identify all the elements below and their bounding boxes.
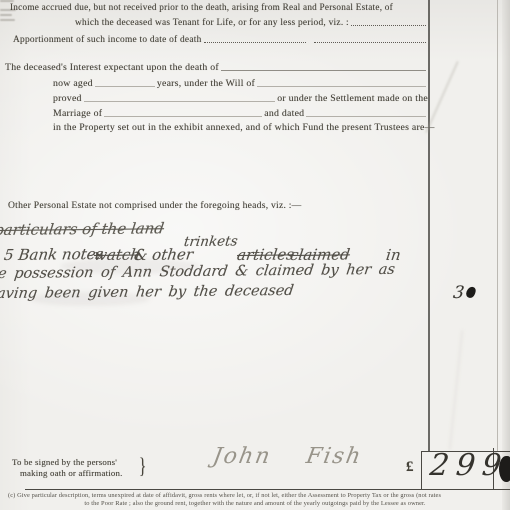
blank-rule (221, 69, 426, 71)
pound-sign: £ (406, 459, 414, 476)
other-personal-estate-line: Other Personal Estate not comprised unde… (8, 200, 302, 211)
now-aged-text: now aged (53, 78, 93, 89)
handwritten-struck-line: particulars of the land (0, 219, 165, 239)
proved-text: proved (53, 93, 82, 104)
hw-struck-claimed: claimed (289, 245, 351, 264)
ink-blot (464, 286, 477, 299)
property-trustees-line: in the Property set out in the exhibit a… (53, 122, 435, 133)
money-column-rule-left (428, 0, 430, 451)
blank-rule (95, 85, 155, 87)
blank-rule (257, 85, 426, 87)
interest-expectant-line: The deceased's Interest expectant upon t… (5, 62, 428, 73)
dotted-leader (351, 24, 426, 26)
years-will-text: years, under the Will of (157, 78, 255, 89)
dotted-leader (204, 41, 306, 43)
signature-john-fish: John Fish (211, 444, 365, 469)
blank-rule (306, 115, 426, 117)
income-accrued-line: Income accrued due, but not received pri… (10, 2, 393, 12)
interest-expectant-text: The deceased's Interest expectant upon t… (5, 62, 219, 73)
bleed-through-smudge (60, 258, 200, 274)
now-aged-line: now aged years, under the Will of (53, 78, 428, 89)
total-amount-handwritten: 299 (428, 448, 510, 483)
page-edge-strip (502, 0, 510, 510)
footnote-line-1: (c) Give particular description, terms u… (8, 492, 509, 499)
total-box-left-rule (421, 451, 422, 489)
pence-ink-blot (499, 456, 510, 482)
margin-amount: 3 (452, 283, 476, 303)
bleed-through-smudge (30, 292, 150, 306)
margin-fragment (0, 19, 15, 21)
margin-fragment (0, 14, 12, 16)
blank-rule (104, 115, 262, 117)
dotted-leader (314, 41, 426, 43)
sign-instruction-line-2: making oath or affirmation. (12, 468, 122, 479)
tenant-for-life-text: which the deceased was Tenant for Life, … (75, 18, 349, 28)
sign-instruction: To be signed by the persons' making oath… (12, 457, 122, 478)
total-row-bottom-rule (25, 489, 510, 490)
blank-rule (84, 100, 276, 102)
marriage-line: Marriage of and dated (53, 108, 428, 119)
marriage-of-text: Marriage of (53, 108, 102, 119)
settlement-text: or under the Settlement made on the (277, 93, 428, 104)
probate-form-page: Income accrued due, but not received pri… (0, 0, 510, 510)
paper-crease (449, 330, 464, 450)
and-dated-text: and dated (264, 108, 304, 119)
proved-line: proved or under the Settlement made on t… (53, 93, 428, 104)
apportionment-text: Apportionment of such income to date of … (13, 35, 202, 45)
footnote-line-2: to the Poor Rate ; also the ground rent,… (0, 500, 510, 507)
sign-instruction-line-1: To be signed by the persons' (12, 457, 122, 468)
tenant-for-life-line: which the deceased was Tenant for Life, … (75, 18, 428, 28)
money-column-rule-right (497, 0, 498, 451)
apportionment-line: Apportionment of such income to date of … (13, 35, 428, 45)
curly-brace: } (139, 455, 146, 481)
margin-amount-digit: 3 (452, 283, 465, 303)
hw-struck-articles: articles (236, 245, 295, 264)
